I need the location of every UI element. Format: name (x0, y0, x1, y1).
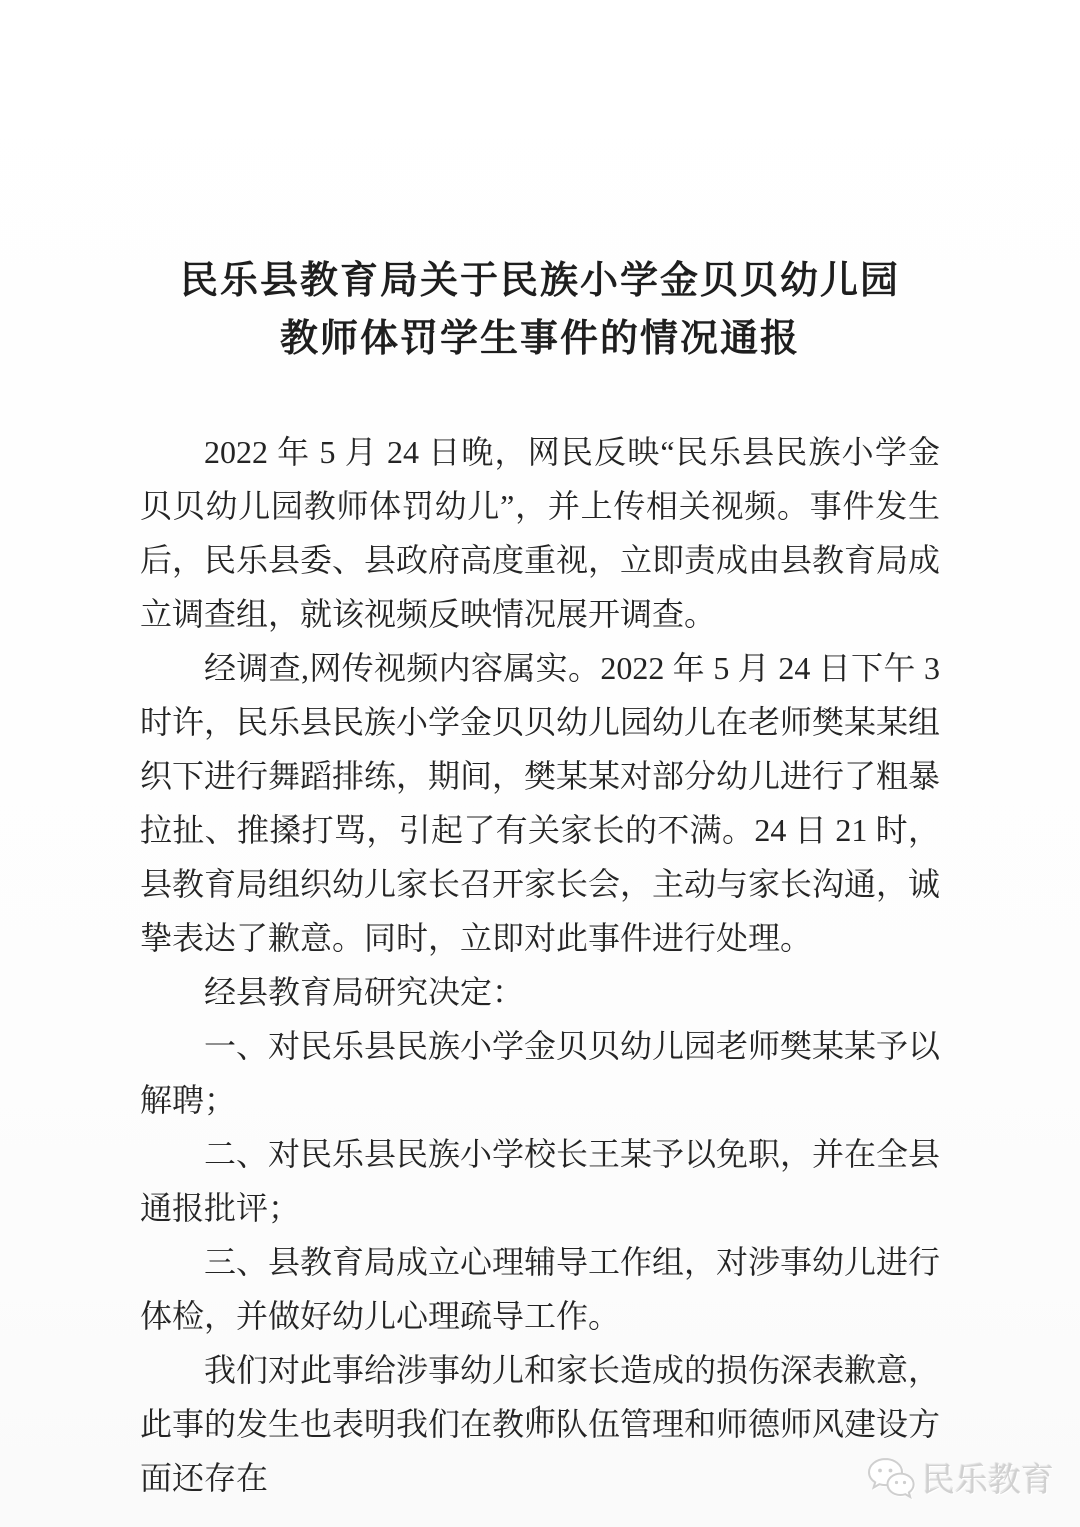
paragraph: 2022 年 5 月 24 日晚，网民反映“民乐县民族小学金贝贝幼儿园教师体罚幼… (140, 425, 940, 641)
document-body: 2022 年 5 月 24 日晚，网民反映“民乐县民族小学金贝贝幼儿园教师体罚幼… (140, 425, 940, 1505)
title-line-1: 民乐县教育局关于民族小学金贝贝幼儿园 (0, 252, 1080, 310)
wechat-icon (867, 1457, 915, 1499)
paragraph: 三、县教育局成立心理辅导工作组，对涉事幼儿进行体检，并做好幼儿心理疏导工作。 (140, 1235, 940, 1343)
paragraph: 二、对民乐县民族小学校长王某予以免职，并在全县通报批评； (140, 1127, 940, 1235)
paragraph: 经县教育局研究决定： (140, 965, 940, 1019)
watermark: 民乐教育 (867, 1454, 1054, 1501)
paragraph: 一、对民乐县民族小学金贝贝幼儿园老师樊某某予以解聘； (140, 1019, 940, 1127)
title-line-2: 教师体罚学生事件的情况通报 (0, 310, 1080, 368)
page-number: - 1 - (0, 1400, 1080, 1430)
watermark-text: 民乐教育 (922, 1454, 1054, 1501)
document-title: 民乐县教育局关于民族小学金贝贝幼儿园 教师体罚学生事件的情况通报 (0, 252, 1080, 368)
paragraph: 经调查,网传视频内容属实。2022 年 5 月 24 日下午 3 时许，民乐县民… (140, 641, 940, 965)
document-page: 民乐县教育局关于民族小学金贝贝幼儿园 教师体罚学生事件的情况通报 2022 年 … (0, 0, 1080, 1527)
